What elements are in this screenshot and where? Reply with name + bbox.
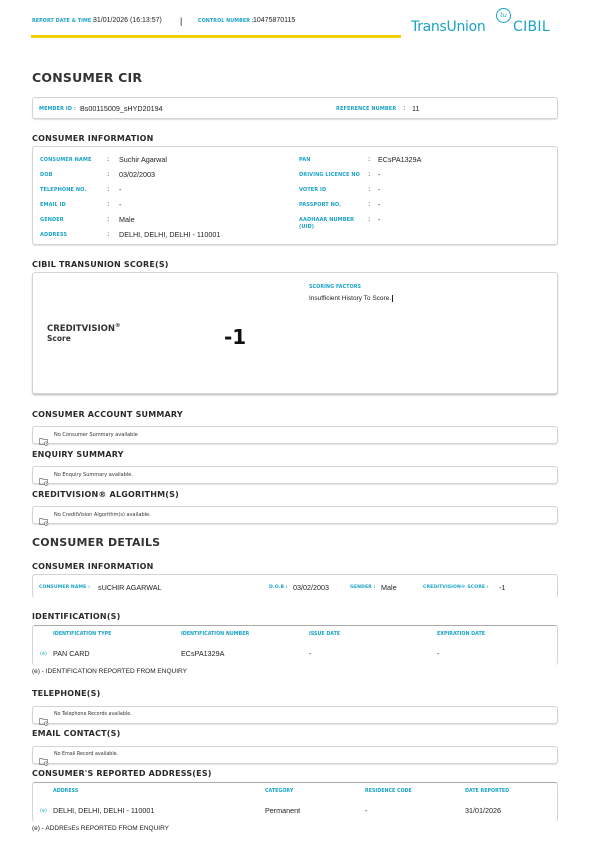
cd-name-value: sUCHIR AGARWAL [98, 583, 162, 592]
reference-number-label: REFERENCE NUMBER [336, 106, 396, 112]
consumer-info-value: Suchir Agarwal [119, 155, 167, 164]
control-number-label: CONTROL NUMBER : [198, 19, 254, 24]
account-summary-message: No Consumer Summary available [54, 432, 138, 438]
colon: : [107, 200, 109, 208]
id-type: PAN CARD [53, 649, 90, 658]
cd-name-label: CONSUMER NAME : [39, 585, 90, 590]
colon: : [368, 185, 370, 193]
identifications-table: IDENTIFICATION TYPEIDENTIFICATION NUMBER… [32, 625, 558, 665]
telephones-message: No Telephone Records available. [54, 712, 132, 717]
column-header: CATEGORY [265, 789, 293, 794]
algorithms-message: No CreditVision Algorithm(s) available. [54, 512, 151, 518]
tu-logo-icon: tu [496, 8, 511, 23]
folder-info-icon [39, 711, 49, 719]
address-category: Permanent [265, 806, 300, 815]
consumer-info-value: - [378, 185, 380, 194]
id-expiry-date: - [437, 649, 439, 658]
reference-colon: : [403, 104, 405, 112]
column-header: IDENTIFICATION TYPE [53, 632, 111, 637]
colon: : [107, 215, 109, 223]
logo-transunion-text: TransUnion [411, 19, 485, 35]
emails-box: No Email Record available. [32, 746, 558, 764]
folder-info-icon [39, 471, 49, 479]
report-date-value: 31/01/2026 (16:13:57) [93, 17, 162, 24]
scoring-factors-text: Insufficient History To Score. [309, 295, 393, 302]
telephones-title: TELEPHONE(S) [32, 689, 100, 698]
transunion-cibil-logo: TransUnion tu CIBIL [411, 8, 561, 38]
cd-gender-label: GENDER : [350, 585, 375, 590]
consumer-info-label: EMAIL ID [40, 202, 66, 208]
enquiry-mark: (e) [40, 651, 47, 657]
identifications-title: IDENTIFICATION(S) [32, 612, 121, 621]
colon: : [107, 185, 109, 193]
algorithms-title: CREDITVISION® ALGORITHM(S) [32, 490, 179, 499]
id-number: ECsPA1329A [181, 649, 224, 658]
address-date-reported: 31/01/2026 [465, 806, 501, 815]
page-title: CONSUMER CIR [32, 70, 142, 85]
identifications-note: (e) - IDENTIFICATION REPORTED FROM ENQUI… [32, 668, 187, 675]
consumer-details-box: CONSUMER NAME : sUCHIR AGARWAL D.O.B : 0… [32, 574, 558, 598]
consumer-info-label: CONSUMER NAME [40, 157, 92, 163]
enquiry-summary-title: ENQUIRY SUMMARY [32, 450, 124, 459]
colon: : [107, 230, 109, 238]
score-value: -1 [224, 325, 246, 349]
addresses-table: ADDRESSCATEGORYRESIDENCE CODEDATE REPORT… [32, 782, 558, 822]
consumer-details-title: CONSUMER DETAILS [32, 536, 160, 549]
control-number-value: 10475870115 [253, 17, 295, 24]
scoring-factors-label: SCORING FACTORS [309, 285, 361, 290]
score-name: CREDITVISION® [47, 323, 120, 334]
logo-cibil-text: CIBIL [513, 19, 550, 35]
consumer-information-box: CONSUMER NAME:Suchir AgarwalDOB:03/02/20… [32, 146, 558, 245]
member-info-box: MEMBER ID : Bs00115009_sHYD20194 REFEREN… [32, 97, 558, 119]
cd-score-value: -1 [499, 583, 505, 592]
column-header: ADDRESS [53, 789, 78, 794]
consumer-info-label: PAN [299, 157, 311, 163]
colon: : [368, 200, 370, 208]
address-residence-code: - [365, 806, 367, 815]
consumer-info-value: - [119, 200, 121, 209]
enquiry-summary-box: No Enquiry Summary available. [32, 466, 558, 484]
consumer-info-value: - [119, 185, 121, 194]
consumer-info-label: DOB [40, 172, 53, 178]
folder-info-icon [39, 511, 49, 519]
score-box: CREDITVISION® Score -1 SCORING FACTORS I… [32, 272, 558, 394]
emails-message: No Email Record available. [54, 752, 118, 757]
consumer-info-label: TELEPHONE NO. [40, 187, 86, 193]
header-separator: | [180, 16, 182, 26]
folder-info-icon [39, 431, 49, 439]
score-sub-label: Score [47, 334, 71, 343]
cd-gender-value: Male [381, 583, 397, 592]
cd-dob-label: D.O.B : [269, 585, 288, 590]
algorithms-box: No CreditVision Algorithm(s) available. [32, 506, 558, 524]
folder-info-icon [39, 751, 49, 759]
addresses-note: (e) - ADDREsEs REPORTED FROM ENQUIRY [32, 825, 169, 832]
consumer-details-info-title: CONSUMER INFORMATION [32, 562, 154, 571]
consumer-info-label: VOTER ID [299, 187, 326, 193]
column-header: IDENTIFICATION NUMBER [181, 632, 249, 637]
member-id-value: Bs00115009_sHYD20194 [80, 104, 163, 113]
cd-score-label: CREDITVISION® SCORE : [423, 585, 489, 590]
cd-dob-value: 03/02/2003 [293, 583, 329, 592]
reference-number-value: 11 [412, 104, 419, 113]
address-value: DELHI, DELHI, DELHI - 110001 [53, 806, 154, 815]
consumer-info-label: PASSPORT NO. [299, 202, 341, 208]
enquiry-summary-message: No Enquiry Summary available. [54, 472, 133, 478]
colon: : [107, 155, 109, 163]
consumer-info-value: - [378, 170, 380, 179]
colon: : [368, 170, 370, 178]
column-header: EXPIRATION DATE [437, 632, 485, 637]
account-summary-box: No Consumer Summary available [32, 426, 558, 444]
account-summary-title: CONSUMER ACCOUNT SUMMARY [32, 410, 183, 419]
column-header: RESIDENCE CODE [365, 789, 412, 794]
column-header: ISSUE DATE [309, 632, 340, 637]
colon: : [368, 155, 370, 163]
header-accent-bar [31, 35, 401, 38]
consumer-info-value: 03/02/2003 [119, 170, 155, 179]
member-id-label: MEMBER ID : [39, 106, 76, 112]
consumer-info-value: ECsPA1329A [378, 155, 421, 164]
telephones-box: No Telephone Records available. [32, 706, 558, 724]
consumer-info-value: - [378, 200, 380, 209]
colon: : [368, 215, 370, 223]
consumer-info-value: - [378, 215, 380, 224]
consumer-info-label: DRIVING LICENCE NO [299, 172, 360, 178]
consumer-info-label: GENDER [40, 217, 64, 223]
consumer-info-value: DELHI, DELHI, DELHI - 110001 [119, 230, 220, 239]
consumer-information-title: CONSUMER INFORMATION [32, 134, 154, 143]
consumer-info-label: AADHAAR NUMBER (UID) [299, 217, 359, 231]
id-issue-date: - [309, 649, 311, 658]
addresses-title: CONSUMER'S REPORTED ADDRESS(ES) [32, 769, 212, 778]
report-date-label: REPORT DATE & TIME : [32, 19, 95, 24]
score-section-title: CIBIL TRANSUNION SCORE(S) [32, 260, 169, 269]
consumer-info-value: Male [119, 215, 135, 224]
score-name-text: CREDITVISION [47, 324, 115, 334]
consumer-info-label: ADDRESS [40, 232, 67, 238]
registered-mark: ® [115, 323, 121, 329]
emails-title: EMAIL CONTACT(S) [32, 729, 120, 738]
column-header: DATE REPORTED [465, 789, 509, 794]
colon: : [107, 170, 109, 178]
enquiry-mark: (e) [40, 808, 47, 814]
